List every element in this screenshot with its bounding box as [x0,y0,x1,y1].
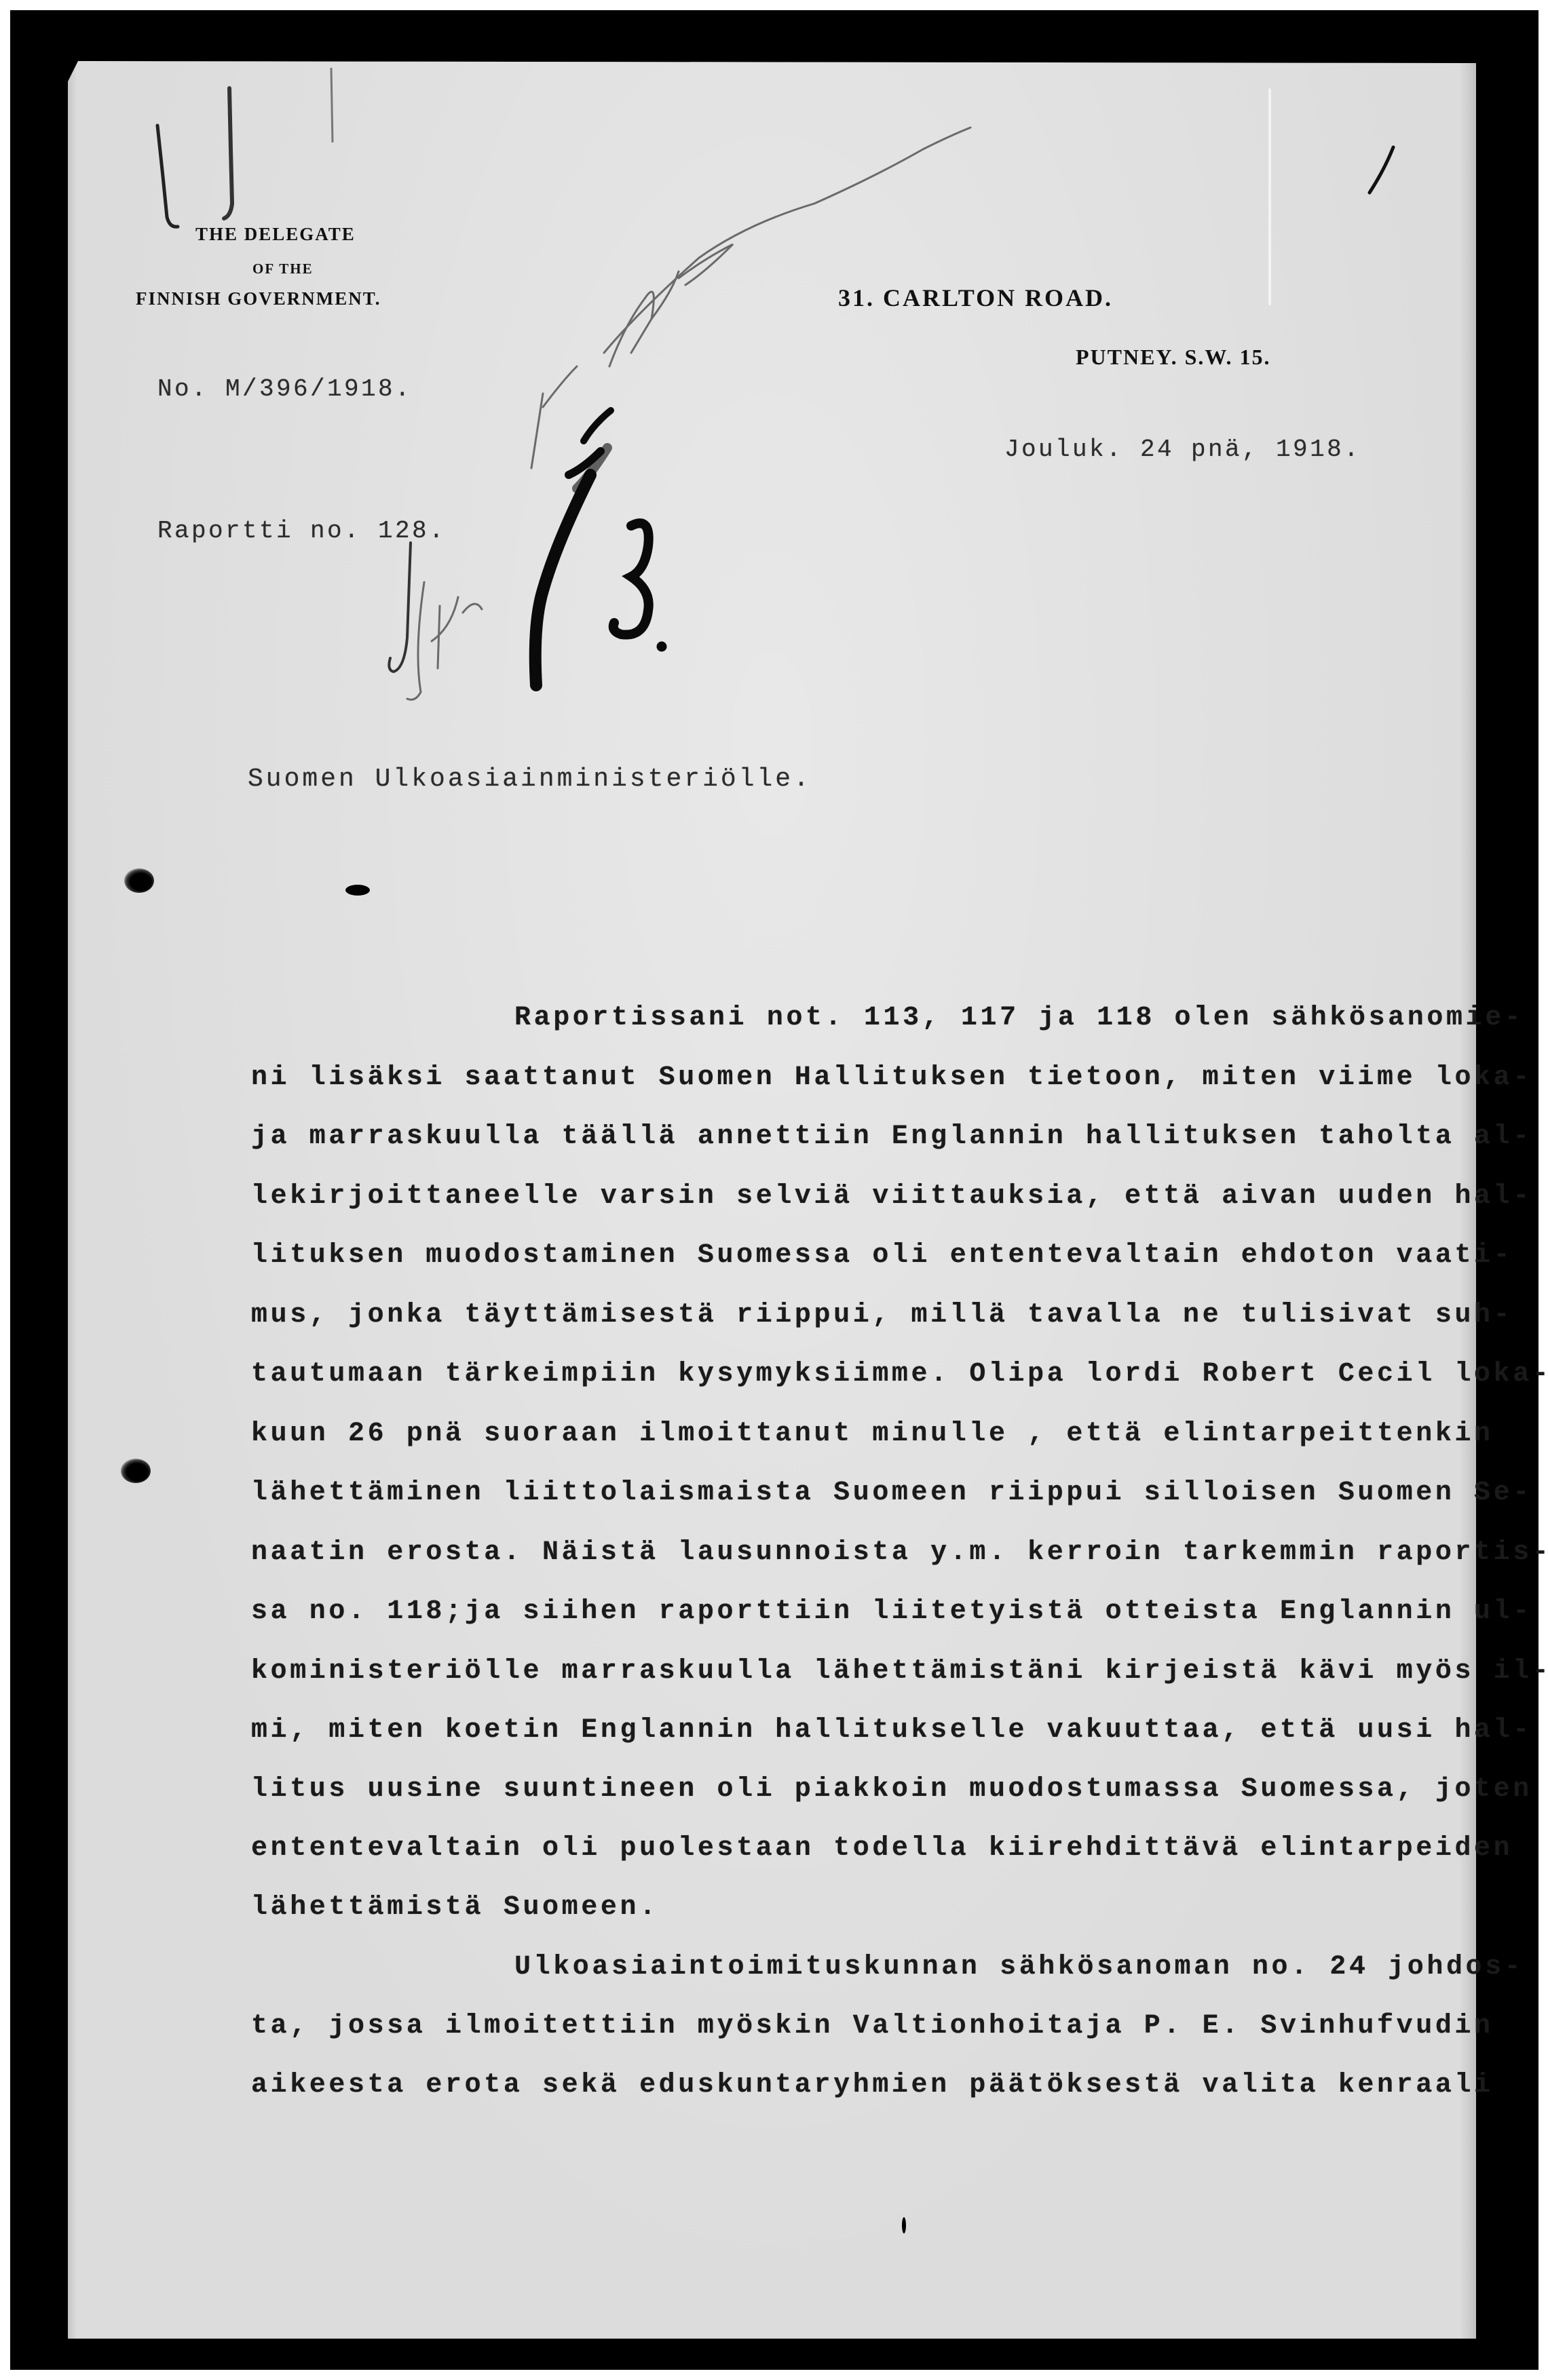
body-line: sa no. 118;ja siihen raporttiin liitetyi… [251,1596,1532,1627]
recipient-line: Suomen Ulkoasiainministeriölle. [248,765,812,794]
body-line: ni lisäksi saattanut Suomen Hallituksen … [251,1062,1532,1093]
body-line: aikeesta erota sekä eduskuntaryhmien pää… [251,2070,1494,2100]
reference-number: No. M/396/1918. [157,375,412,403]
body-line: lähettämistä Suomeen. [251,1892,659,1923]
body-line: naatin erosta. Näistä lausunnoista y.m. … [251,1537,1548,1568]
body-line: ja marraskuulla täällä annettiin Englann… [251,1121,1532,1152]
letterhead-of-the: OF THE [252,261,314,277]
body-line: lähettäminen liittolaismaista Suomeen ri… [251,1478,1532,1508]
body-line: ta, jossa ilmoitettiin myöskin Valtionho… [251,2011,1494,2041]
body-line: lituksen muodostaminen Suomessa oli ente… [251,1240,1513,1271]
address-street: 31. CARLTON ROAD. [838,284,1113,312]
letter-date: Jouluk. 24 pnä, 1918. [1004,436,1361,463]
body-line: Ulkoasiaintoimituskunnan sähkösanoman no… [514,1952,1524,1982]
body-line: lekirjoittaneelle varsin selviä viittauk… [251,1181,1532,1212]
body-line: litus uusine suuntineen oli piakkoin muo… [251,1774,1532,1805]
body-line: tautumaan tärkeimpiin kysymyksiimme. Oli… [251,1359,1548,1389]
body-line: koministeriölle marraskuulla lähettämist… [251,1656,1548,1687]
body-line: kuun 26 pnä suoraan ilmoittanut minulle … [251,1419,1494,1449]
letterhead-title: THE DELEGATE [195,224,356,245]
body-line: Raportissani not. 113, 117 ja 118 olen s… [514,1003,1524,1033]
address-district: PUTNEY. S.W. 15. [1076,345,1270,370]
letterhead-government: FINNISH GOVERNMENT. [136,288,381,309]
punch-hole-icon [124,868,154,893]
body-line: ententevaltain oli puolestaan todella ki… [251,1833,1513,1864]
body-line: mus, jonka täyttämisestä riippui, millä … [251,1300,1513,1330]
report-number: Raportti no. 128. [157,517,446,545]
paper-fold-crease [1268,88,1272,305]
body-line: mi, miten koetin Englannin hallitukselle… [251,1715,1532,1746]
punch-hole-icon [121,1459,151,1483]
